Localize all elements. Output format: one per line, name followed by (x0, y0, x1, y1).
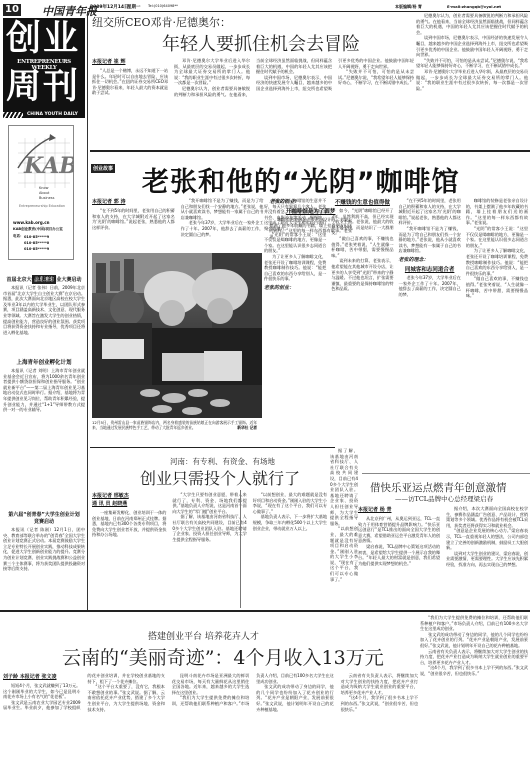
top-article-byline: 本报记者 崔 辉 (92, 58, 168, 65)
feature-subhead-3: 同城客和志同道合者 (399, 265, 461, 273)
kab-url[interactable]: www.kab.org.cn (13, 220, 49, 225)
feature-photo[interactable] (92, 253, 262, 418)
kab-org: KAB创业教育(中国)项目办公室 (13, 227, 63, 232)
masthead-title-top: 创业 (6, 20, 80, 58)
header-weekday: 星期一 (127, 4, 141, 10)
tcl-headline[interactable]: 借快乐亚运点燃青年创意激情 (370, 480, 507, 495)
feature-section-tag: 创业故事 (91, 164, 115, 173)
yunnan-kicker: 搭建创业平台 培养花卉人才 (148, 629, 259, 642)
kab-ad[interactable]: KAB Know About Business Entrepreneurship… (8, 125, 74, 260)
henan-divider (240, 490, 241, 608)
section-rule-1 (90, 150, 530, 152)
kab-tagline: Entrepreneurship Education (11, 204, 73, 208)
yunnan-right-col: “我们为大学生提供免费的摊位和培训，还帮助他们联系种植户和客户。”市场负责人介绍… (420, 615, 528, 763)
henan-body: 本报记者 邢敏杰 通 讯 员 赵晓燕 一座集研发孵化、创业培训于一体的创业基地，… (92, 492, 327, 607)
header-rule (88, 11, 530, 12)
svg-text:KAB: KAB (23, 153, 74, 179)
feature-byline: 本报记者 郭 涛 (92, 198, 175, 205)
masthead-strip: CHINA YOUTH DAILY (3, 112, 85, 118)
tcl-body: 本报记者 杨 青 从北京到广州，从奥运到亚运，TCL一直致力于用体育营销提升品牌… (358, 506, 528, 606)
yunnan-body: 刘子龄 本报记者 张文凌 短短4个月，张文武就赚到了13万元。这个刚刚毕业的大学… (3, 673, 418, 763)
sidebar-body-3: 本报讯（记者 陈刚）12月1日，团中央、教育部等联合举办的“创青春”全国大学生创… (3, 527, 85, 607)
sidebar-headline-1[interactable]: 首届北京大学生自主创业大赛启动 (3, 276, 85, 283)
henan-byline-2: 通 讯 员 赵晓燕 (92, 500, 166, 507)
masthead-title-bottom: 周刊 (6, 67, 80, 107)
photo-caption: 12月5日，贵州雷山县一家苗族银饰店内，两名身着盛装的苗族姑娘正在向游客展示手工… (92, 420, 257, 444)
sidebar-body-1: 本报讯（记者 张伟）日前，2009年北京市首届“北京大学生自主创业大赛”在京启动… (3, 285, 85, 355)
feature-body: 开业之初，咖啡馆的生意并不好，每天只有寥寥几个客人。老张并没有着急，而是坚持每周… (264, 198, 528, 443)
section-rule-3 (362, 473, 530, 474)
feature-tag-wrap: 创业故事 (91, 155, 115, 174)
yunnan-headline[interactable]: 云南的“美丽奇迹”：4个月收入13万元 (62, 643, 384, 670)
tcl-subheadline: ——访TCL品牌中心总经理梁启春 (395, 494, 493, 503)
masthead-strip-text: CHINA YOUTH DAILY (27, 112, 78, 118)
kab-logo-lines: Know About Business (39, 186, 54, 201)
sidebar-news: 首届北京大学生自主创业大赛启动 本报讯（记者 张伟）日前，2009年北京市首届“… (3, 276, 85, 606)
tcl-byline: 本报记者 杨 青 (358, 506, 440, 513)
top-article-kicker: 纽交所CEO邓肯·尼德奥尔： (92, 14, 231, 30)
header-editor: 本版编辑/杨 青 (395, 4, 422, 10)
top-article-headline[interactable]: 年轻人要抓住机会去冒险 (162, 30, 360, 56)
henan-byline-1: 本报记者 邢敏杰 (92, 492, 166, 499)
feature-subhead-3-label: 老张的理念： (399, 256, 461, 263)
sidebar-headline-3[interactable]: 第六届“创青春”大学生创业计划竞赛启动 (7, 511, 81, 525)
sidebar-divider (87, 12, 88, 612)
feature-subhead-2: 不赚钱的生意也值得做 (331, 198, 393, 206)
kab-phone-label: 电话： (13, 234, 24, 239)
feature-subhead-2-label: 老张的创业： (264, 284, 326, 291)
kab-phones: 010-85*****9 010-85*****0 010-85*****9 (24, 234, 49, 252)
header-email: E-mail:zhangqb@cyol.net (447, 4, 501, 9)
masthead: 创业 ENTREPRENEURS WEEKLY 周刊 (3, 18, 85, 112)
photo-scene-icon (92, 253, 262, 418)
header-date: 2009年12月14日 (90, 4, 129, 10)
henan-headline[interactable]: 创业只需投个人就行了 (140, 466, 300, 489)
feature-headline[interactable]: 老张和他的“光阴”咖啡馆 (142, 160, 460, 199)
sidebar-headline-2[interactable]: 上海青年创业孵化计划 (3, 358, 85, 366)
page-number-box: 10 (3, 4, 21, 16)
yunnan-byline: 刘子龄 本报记者 张文凌 (3, 673, 80, 680)
sidebar-body-2: 本报讯（记者 刘明）上海市青年创业就业基金会近日宣布，将为1000余名青年创业者… (3, 368, 85, 508)
henan-continued: 据了解，该基地由河南省科技厅、人社厅联合有关高校共同建设，目前已有40多个大学生… (330, 448, 358, 608)
section-rule-4 (0, 610, 530, 612)
header-phone: Tel:(010)64098** (148, 4, 178, 8)
section-rule-2 (90, 447, 335, 448)
top-article-right-col: 尼德奥尔认为，创业者需要具备敏锐的判断力和承担风险的勇气。在他看来，当前全球经济… (416, 13, 528, 148)
top-article-body: 本报记者 崔 辉 “人总是一个赌博，永远不知道下一站是什么。年轻时可以自由地去冒… (92, 58, 414, 146)
hatch-pattern (3, 112, 23, 118)
